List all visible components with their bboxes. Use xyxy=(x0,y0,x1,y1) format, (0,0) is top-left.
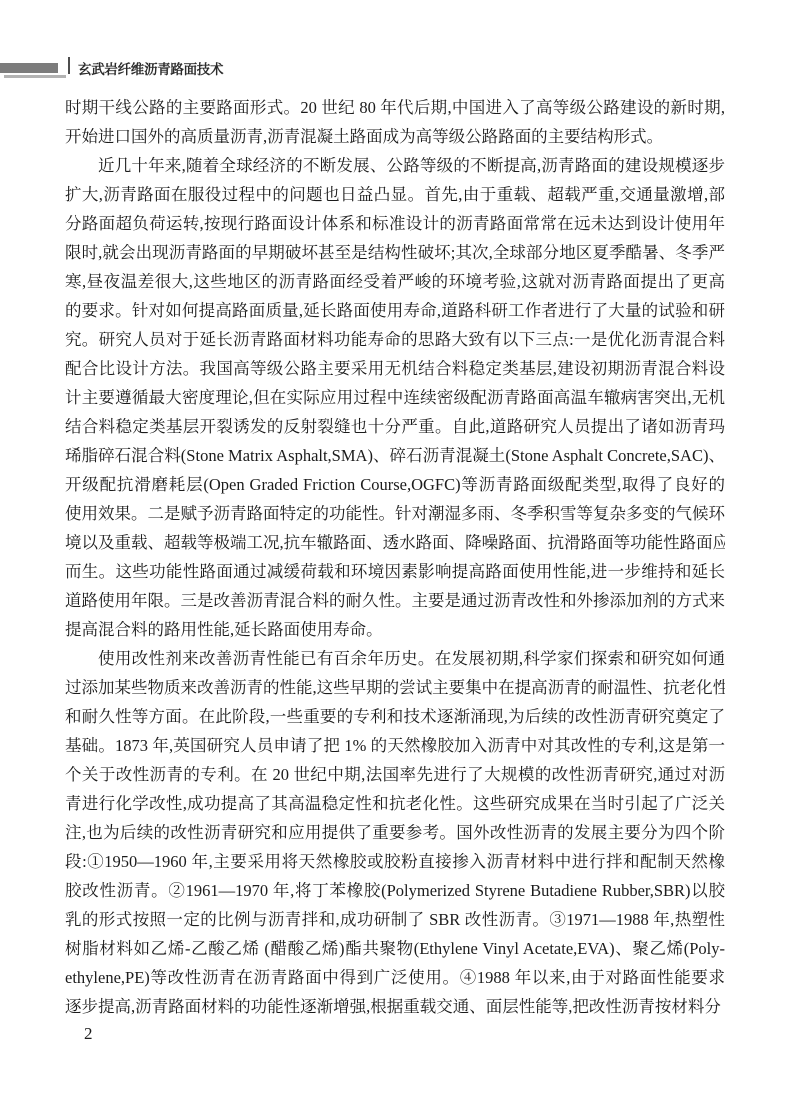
text-line: 提高混合料的路用性能,延长路面使用寿命。 xyxy=(65,615,725,644)
text-line: 限时,就会出现沥青路面的早期破坏甚至是结构性破坏;其次,全球部分地区夏季酷暑、冬… xyxy=(65,238,725,267)
text-line: 结合料稳定类基层开裂诱发的反射裂缝也十分严重。自此,道路研究人员提出了诸如沥青玛 xyxy=(65,412,725,441)
text-line: 道路使用年限。三是改善沥青混合料的耐久性。主要是通过沥青改性和外掺添加剂的方式来 xyxy=(65,586,725,615)
text-line: 境以及重载、超载等极端工况,抗车辙路面、透水路面、降噪路面、抗滑路面等功能性路面… xyxy=(65,528,725,557)
text-line: 基础。1873 年,英国研究人员申请了把 1% 的天然橡胶加入沥青中对其改性的专… xyxy=(65,731,725,760)
text-line: 的要求。针对如何提高路面质量,延长路面使用寿命,道路科研工作者进行了大量的试验和… xyxy=(65,296,725,325)
text-line: 个关于改性沥青的专利。在 20 世纪中期,法国率先进行了大规模的改性沥青研究,通… xyxy=(65,760,725,789)
text-line: 逐步提高,沥青路面材料的功能性逐渐增强,根据重载交通、面层性能等,把改性沥青按材… xyxy=(65,992,725,1021)
text-line: 扩大,沥青路面在服役过程中的问题也日益凸显。首先,由于重载、超载严重,交通量激增… xyxy=(65,180,725,209)
text-line: 寒,昼夜温差很大,这些地区的沥青路面经受着严峻的环境考验,这就对沥青路面提出了更… xyxy=(65,267,725,296)
text-line: 使用改性剂来改善沥青性能已有百余年历史。在发展初期,科学家们探索和研究如何通 xyxy=(65,644,725,673)
text-line: 而生。这些功能性路面通过减缓荷载和环境因素影响提高路面使用性能,进一步维持和延长 xyxy=(65,557,725,586)
header-decor-bar-shadow xyxy=(4,75,66,78)
text-line: 树脂材料如乙烯-乙酸乙烯 (醋酸乙烯)酯共聚物(Ethylene Vinyl A… xyxy=(65,934,725,963)
text-line: 使用效果。二是赋予沥青路面特定的功能性。针对潮湿多雨、冬季积雪等复杂多变的气候环 xyxy=(65,499,725,528)
text-line: 开始进口国外的高质量沥青,沥青混凝土路面成为高等级公路路面的主要结构形式。 xyxy=(65,122,725,151)
running-title: 玄武岩纤维沥青路面技术 xyxy=(78,58,223,78)
text-line: 时期干线公路的主要路面形式。20 世纪 80 年代后期,中国进入了高等级公路建设… xyxy=(65,93,725,122)
body-text: 时期干线公路的主要路面形式。20 世纪 80 年代后期,中国进入了高等级公路建设… xyxy=(65,93,725,1021)
header-separator-rule xyxy=(68,57,70,74)
text-line: 青进行化学改性,成功提高了其高温稳定性和抗老化性。这些研究成果在当时引起了广泛关 xyxy=(65,789,725,818)
text-line: 琋脂碎石混合料(Stone Matrix Asphalt,SMA)、碎石沥青混凝… xyxy=(65,441,725,470)
text-line: 计主要遵循最大密度理论,但在实际应用过程中连续密级配沥青路面高温车辙病害突出,无… xyxy=(65,383,725,412)
text-line: 开级配抗滑磨耗层(Open Graded Friction Course,OGF… xyxy=(65,470,725,499)
text-line: 乳的形式按照一定的比例与沥青拌和,成功研制了 SBR 改性沥青。③1971—19… xyxy=(65,905,725,934)
book-page: 玄武岩纤维沥青路面技术 时期干线公路的主要路面形式。20 世纪 80 年代后期,… xyxy=(0,0,790,1097)
text-line: 究。研究人员对于延长沥青路面材料功能寿命的思路大致有以下三点:一是优化沥青混合料 xyxy=(65,325,725,354)
text-line: ethylene,PE)等改性沥青在沥青路面中得到广泛使用。④1988 年以来,… xyxy=(65,963,725,992)
text-line: 胶改性沥青。②1961—1970 年,将丁苯橡胶(Polymerized Sty… xyxy=(65,876,725,905)
text-line: 过添加某些物质来改善沥青的性能,这些早期的尝试主要集中在提高沥青的耐温性、抗老化… xyxy=(65,673,725,702)
text-line: 和耐久性等方面。在此阶段,一些重要的专利和技术逐渐涌现,为后续的改性沥青研究奠定… xyxy=(65,702,725,731)
text-line: 段:①1950—1960 年,主要采用将天然橡胶或胶粉直接掺入沥青材料中进行拌和… xyxy=(65,847,725,876)
header-decor-bar xyxy=(0,63,58,73)
page-number: 2 xyxy=(84,1024,93,1044)
text-line: 近几十年来,随着全球经济的不断发展、公路等级的不断提高,沥青路面的建设规模逐步 xyxy=(65,151,725,180)
text-line: 配合比设计方法。我国高等级公路主要采用无机结合料稳定类基层,建设初期沥青混合料设 xyxy=(65,354,725,383)
text-line: 注,也为后续的改性沥青研究和应用提供了重要参考。国外改性沥青的发展主要分为四个阶 xyxy=(65,818,725,847)
text-line: 分路面超负荷运转,按现行路面设计体系和标准设计的沥青路面常常在远未达到设计使用年 xyxy=(65,209,725,238)
